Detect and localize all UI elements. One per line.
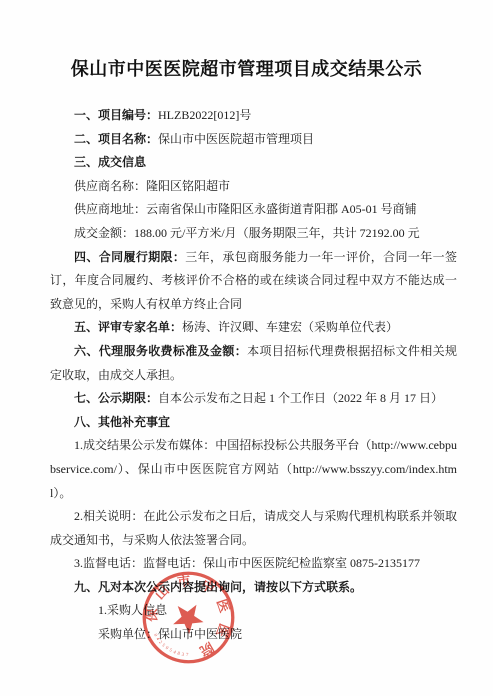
svg-text:8: 8 bbox=[177, 652, 181, 658]
para-text: 3.监督电话：监督电话：保山市中医医院纪检监察室 0875-2135177 bbox=[74, 556, 420, 570]
paragraph-project-name: 二、项目名称：保山市中医医院超市管理项目 bbox=[50, 128, 457, 152]
para-text: 2.相关说明：在此公示发布之日后，请成交人与采购代理机构联系并领取成交通知书，与… bbox=[50, 509, 457, 547]
document-body: 保山市中医医院超市管理项目成交结果公示 一、项目编号：HLZB2022[012]… bbox=[50, 56, 457, 647]
para-text: 供应商地址：云南省保山市隆阳区永盛街道青阳郡 A05-01 号商铺 bbox=[74, 202, 417, 216]
svg-text:0: 0 bbox=[164, 646, 169, 652]
paragraph-contract-term: 四、合同履行期限：三年，承包商服务能力一年一评价，合同一年一签订，年度合同履约、… bbox=[50, 246, 457, 317]
para-text: 供应商名称：隆阳区铭阳超市 bbox=[74, 179, 230, 193]
para-label: 八、其他补充事宜 bbox=[74, 415, 170, 429]
paragraph-supplier-address: 供应商地址：云南省保山市隆阳区永盛街道青阳郡 A05-01 号商铺 bbox=[50, 198, 457, 222]
para-text: 1.采购人信息 bbox=[98, 603, 167, 617]
paragraph-expert-list: 五、评审专家名单：杨涛、许汉卿、车建宏（采购单位代表） bbox=[50, 316, 457, 340]
para-label: 九、凡对本次公示内容提出询问，请按以下方式联系。 bbox=[74, 580, 362, 594]
paragraph-publicity-period: 七、公示期限：自本公示发布之日起 1 个工作日（2022 年 8 月 17 日） bbox=[50, 387, 457, 411]
para-text: 杨涛、许汉卿、车建宏（采购单位代表） bbox=[182, 320, 398, 334]
para-text: 采购单位：保山市中医医院 bbox=[98, 627, 242, 641]
paragraph-deal-amount: 成交金额：188.00 元/平方米/月（服务期限三年，共计 72192.00 元 bbox=[50, 222, 457, 246]
paragraph-inquiry-heading: 九、凡对本次公示内容提出询问，请按以下方式联系。 bbox=[50, 576, 457, 600]
para-text: 保山市中医医院超市管理项目 bbox=[158, 132, 314, 146]
svg-text:4: 4 bbox=[172, 650, 177, 656]
svg-text:3: 3 bbox=[181, 653, 185, 658]
svg-text:7: 7 bbox=[186, 653, 189, 658]
para-label: 四、合同履行期限： bbox=[74, 250, 185, 264]
document-title: 保山市中医医院超市管理项目成交结果公示 bbox=[22, 56, 471, 82]
para-label: 三、成交信息 bbox=[74, 155, 146, 169]
paragraph-agency-fee: 六、代理服务收费标准及金额：本项目招标代理费根据招标文件相关规定收取，由成交人承… bbox=[50, 340, 457, 387]
para-text: HLZB2022[012]号 bbox=[158, 108, 251, 122]
para-text: 自本公示发布之日起 1 个工作日（2022 年 8 月 17 日） bbox=[158, 391, 443, 405]
svg-text:5: 5 bbox=[168, 648, 173, 654]
para-label: 七、公示期限： bbox=[74, 391, 158, 405]
para-text: 成交金额：188.00 元/平方米/月（服务期限三年，共计 72192.00 元 bbox=[74, 226, 420, 240]
para-label: 一、项目编号： bbox=[74, 108, 158, 122]
paragraph-supervision-phone: 3.监督电话：监督电话：保山市中医医院纪检监察室 0875-2135177 bbox=[50, 552, 457, 576]
paragraph-other-matters-heading: 八、其他补充事宜 bbox=[50, 411, 457, 435]
document-page: 保山市中医医院超市管理项目成交结果公示 一、项目编号：HLZB2022[012]… bbox=[0, 0, 493, 696]
paragraph-purchaser-info: 1.采购人信息 bbox=[50, 599, 457, 623]
paragraph-deal-info-heading: 三、成交信息 bbox=[50, 151, 457, 175]
paragraph-publish-media: 1.成交结果公示发布媒体：中国招标投标公共服务平台（http://www.ceb… bbox=[50, 434, 457, 505]
para-label: 二、项目名称： bbox=[74, 132, 158, 146]
paragraph-supplier-name: 供应商名称：隆阳区铭阳超市 bbox=[50, 175, 457, 199]
paragraph-purchaser-unit: 采购单位：保山市中医医院 bbox=[50, 623, 457, 647]
para-text: 1.成交结果公示发布媒体：中国招标投标公共服务平台（http://www.ceb… bbox=[50, 438, 457, 499]
para-label: 五、评审专家名单： bbox=[74, 320, 182, 334]
paragraph-project-number: 一、项目编号：HLZB2022[012]号 bbox=[50, 104, 457, 128]
paragraph-related-notes: 2.相关说明：在此公示发布之日后，请成交人与采购代理机构联系并领取成交通知书，与… bbox=[50, 505, 457, 552]
para-label: 六、代理服务收费标准及金额： bbox=[74, 344, 247, 358]
